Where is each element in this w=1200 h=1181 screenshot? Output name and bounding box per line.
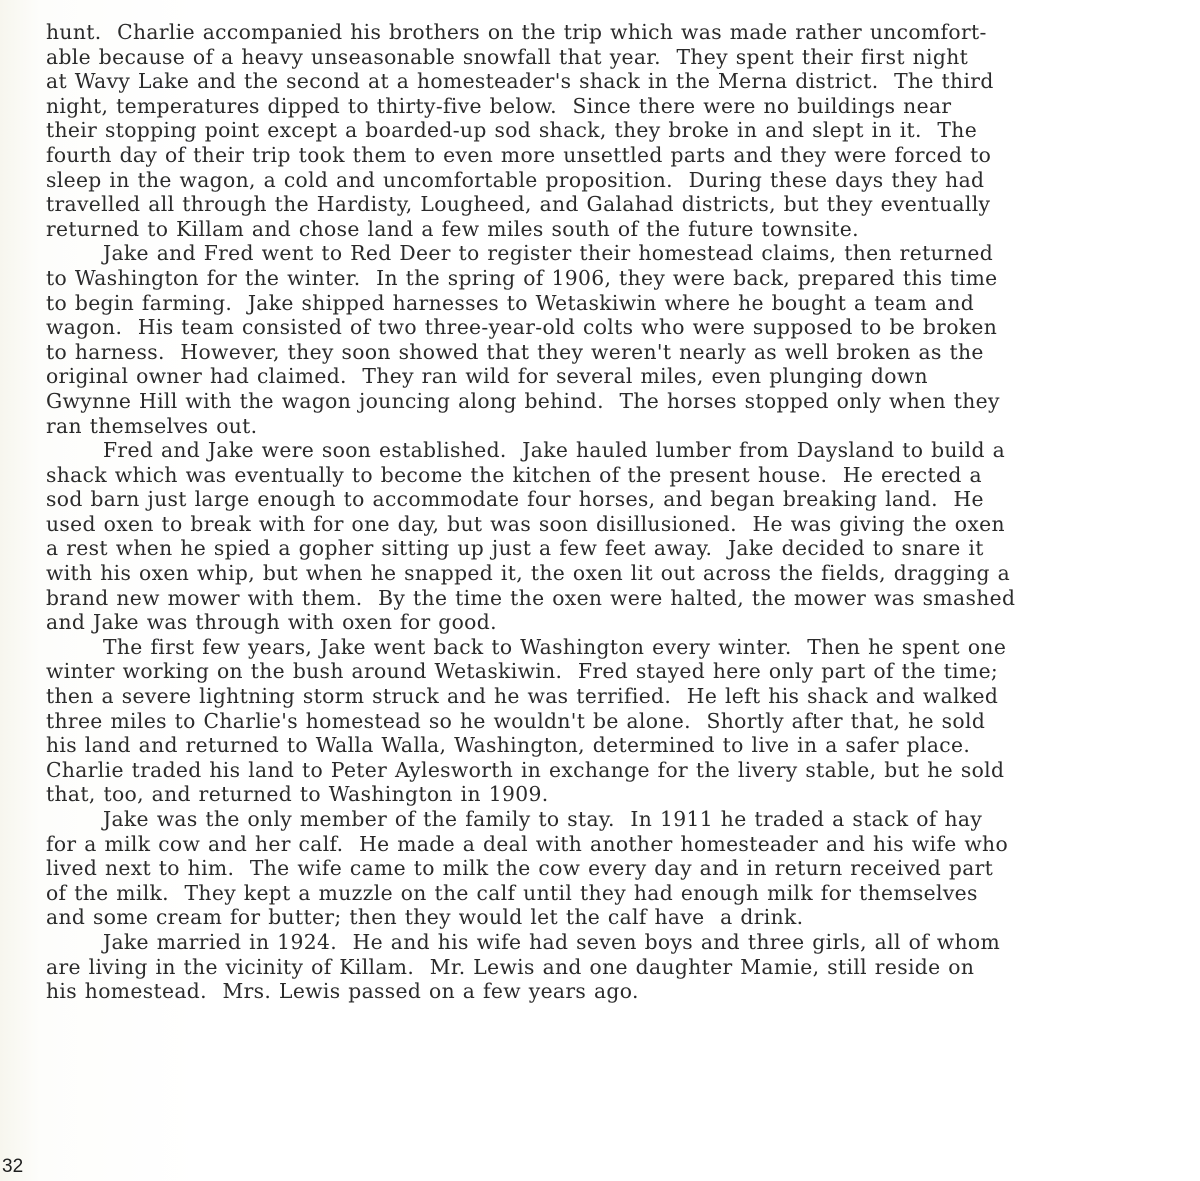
text-line: three miles to Charlie's homestead so he… <box>46 709 1176 734</box>
paragraph: Fred and Jake were soon established. Jak… <box>46 438 1176 635</box>
text-line: used oxen to break with for one day, but… <box>46 512 1176 537</box>
text-line: returned to Killam and chose land a few … <box>46 217 1176 242</box>
text-line: The first few years, Jake went back to W… <box>46 635 1176 660</box>
text-line: are living in the vicinity of Killam. Mr… <box>46 955 1176 980</box>
paragraph: Jake was the only member of the family t… <box>46 807 1176 930</box>
text-line: travelled all through the Hardisty, Loug… <box>46 192 1176 217</box>
text-line: for a milk cow and her calf. He made a d… <box>46 832 1176 857</box>
text-line: sleep in the wagon, a cold and uncomfort… <box>46 168 1176 193</box>
page-body-text: hunt. Charlie accompanied his brothers o… <box>46 20 1176 1004</box>
text-line: winter working on the bush around Wetask… <box>46 659 1176 684</box>
text-line: lived next to him. The wife came to milk… <box>46 856 1176 881</box>
page-number: 32 <box>2 1156 23 1178</box>
text-line: and some cream for butter; then they wou… <box>46 905 1176 930</box>
text-line: fourth day of their trip took them to ev… <box>46 143 1176 168</box>
text-line: at Wavy Lake and the second at a homeste… <box>46 69 1176 94</box>
text-line: his land and returned to Walla Walla, Wa… <box>46 733 1176 758</box>
paragraph: The first few years, Jake went back to W… <box>46 635 1176 807</box>
text-line: ran themselves out. <box>46 414 1176 439</box>
text-line: sod barn just large enough to accommodat… <box>46 487 1176 512</box>
bleed-through-marks <box>300 1125 480 1170</box>
text-line: their stopping point except a boarded-up… <box>46 118 1176 143</box>
text-line: to harness. However, they soon showed th… <box>46 340 1176 365</box>
text-line: hunt. Charlie accompanied his brothers o… <box>46 20 1176 45</box>
text-line: shack which was eventually to become the… <box>46 463 1176 488</box>
text-line: wagon. His team consisted of two three-y… <box>46 315 1176 340</box>
text-line: night, temperatures dipped to thirty-fiv… <box>46 94 1176 119</box>
text-line: Jake and Fred went to Red Deer to regist… <box>46 241 1176 266</box>
paragraph: Jake married in 1924. He and his wife ha… <box>46 930 1176 1004</box>
text-line: a rest when he spied a gopher sitting up… <box>46 536 1176 561</box>
text-line: Fred and Jake were soon established. Jak… <box>46 438 1176 463</box>
text-line: brand new mower with them. By the time t… <box>46 586 1176 611</box>
text-line: Jake was the only member of the family t… <box>46 807 1176 832</box>
text-line: then a severe lightning storm struck and… <box>46 684 1176 709</box>
text-line: of the milk. They kept a muzzle on the c… <box>46 881 1176 906</box>
text-line: original owner had claimed. They ran wil… <box>46 364 1176 389</box>
scanned-book-page: hunt. Charlie accompanied his brothers o… <box>0 0 1200 1181</box>
text-line: to Washington for the winter. In the spr… <box>46 266 1176 291</box>
text-line: Gwynne Hill with the wagon jouncing alon… <box>46 389 1176 414</box>
text-line: and Jake was through with oxen for good. <box>46 610 1176 635</box>
text-line: able because of a heavy unseasonable sno… <box>46 45 1176 70</box>
paragraph: Jake and Fred went to Red Deer to regist… <box>46 241 1176 438</box>
paragraph: hunt. Charlie accompanied his brothers o… <box>46 20 1176 241</box>
text-line: Jake married in 1924. He and his wife ha… <box>46 930 1176 955</box>
text-line: his homestead. Mrs. Lewis passed on a fe… <box>46 979 1176 1004</box>
text-line: that, too, and returned to Washington in… <box>46 782 1176 807</box>
text-line: with his oxen whip, but when he snapped … <box>46 561 1176 586</box>
text-line: Charlie traded his land to Peter Ayleswo… <box>46 758 1176 783</box>
text-line: to begin farming. Jake shipped harnesses… <box>46 291 1176 316</box>
